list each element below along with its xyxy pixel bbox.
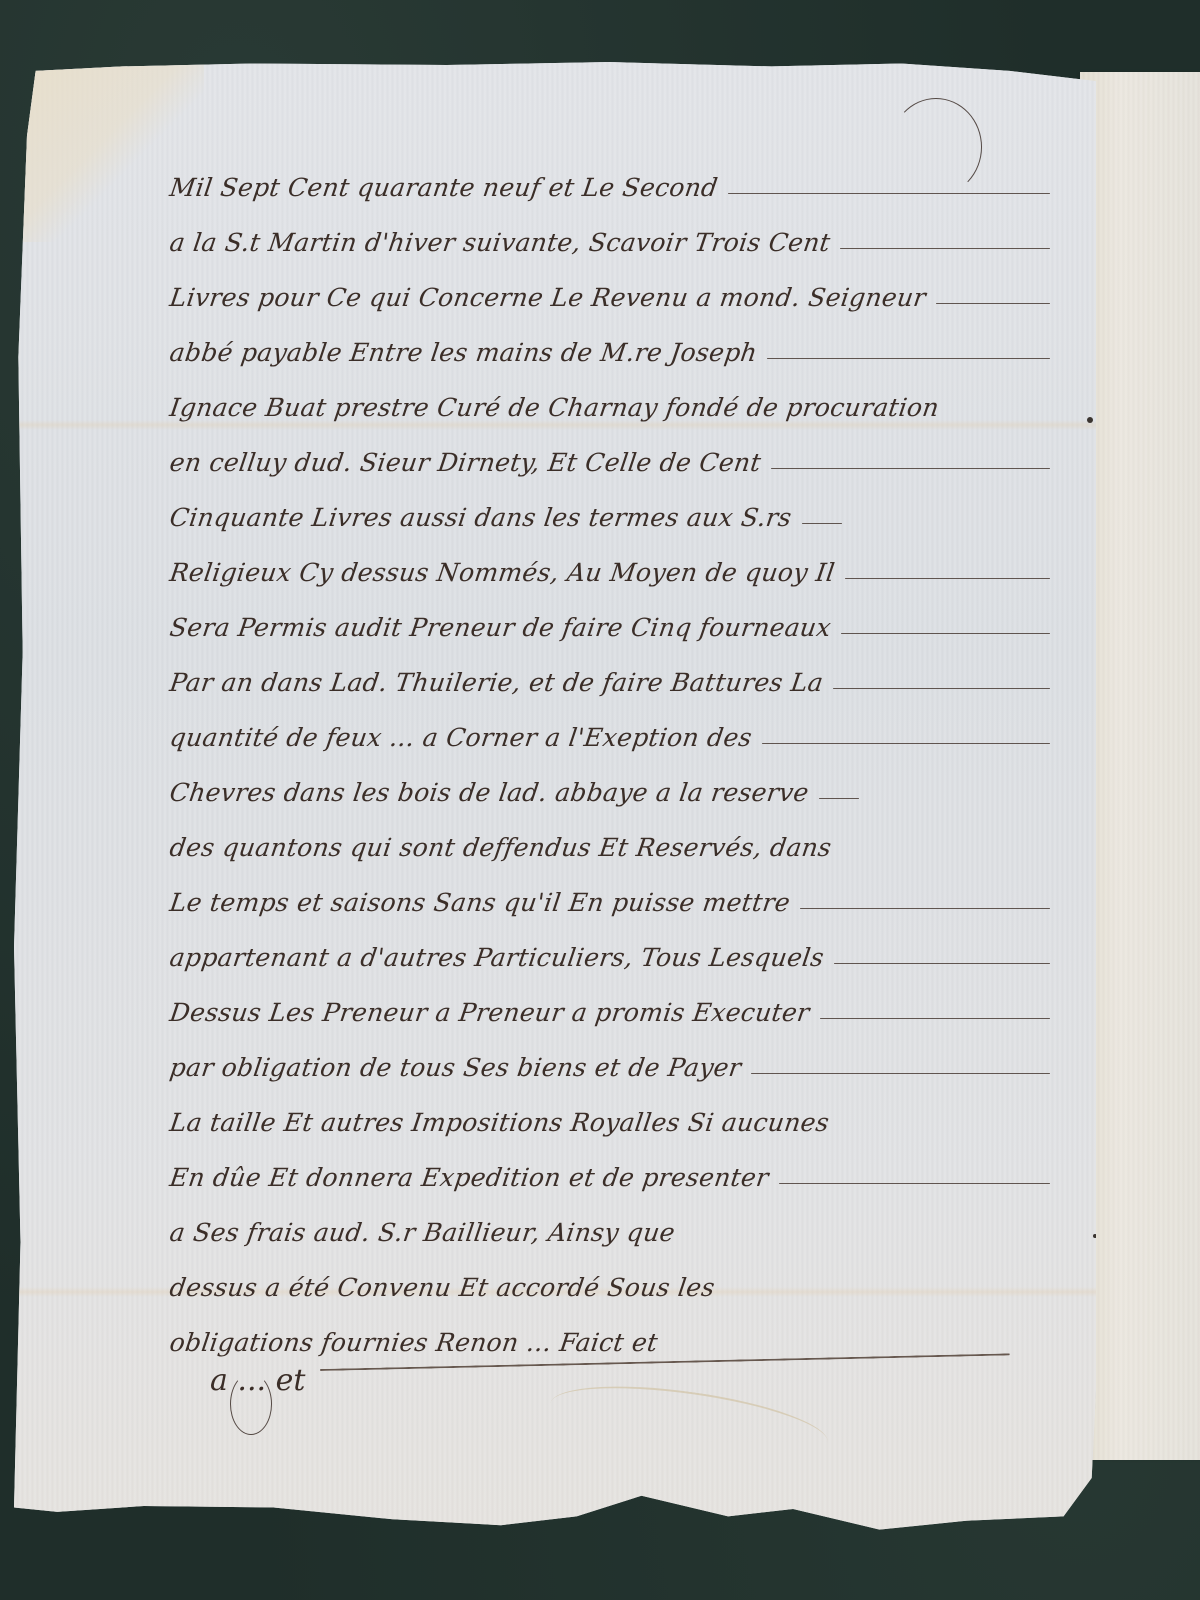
manuscript-line: En dûe Et donnera Expedition et de prese… bbox=[170, 1140, 1050, 1192]
manuscript-line: a la S.t Martin d'hiver suivante, Scavoi… bbox=[170, 205, 1050, 257]
manuscript-line: Mil Sept Cent quarante neuf et Le Second bbox=[170, 150, 1050, 202]
signature-area: a ... et bbox=[170, 1363, 1050, 1443]
ink-spot bbox=[1087, 417, 1093, 423]
manuscript-line: quantité de feux ... a Corner a l'Exepti… bbox=[170, 700, 1050, 752]
manuscript-line: Le temps et saisons Sans qu'il En puisse… bbox=[170, 865, 1050, 917]
manuscript-line: en celluy dud. Sieur Dirnety, Et Celle d… bbox=[170, 425, 1050, 477]
manuscript-line: Par an dans Lad. Thuilerie, et de faire … bbox=[170, 645, 1050, 697]
manuscript-line: Cinquante Livres aussi dans les termes a… bbox=[170, 480, 1050, 532]
handwritten-text: Mil Sept Cent quarante neuf et Le Second… bbox=[170, 150, 1050, 1443]
right-page-leaf bbox=[1080, 72, 1200, 1460]
manuscript-line: a Ses frais aud. S.r Baillieur, Ainsy qu… bbox=[170, 1195, 1050, 1247]
photo-scene: Mil Sept Cent quarante neuf et Le Second… bbox=[0, 0, 1200, 1600]
manuscript-line: Livres pour Ce qui Concerne Le Revenu a … bbox=[170, 260, 1050, 312]
manuscript-line: Dessus Les Preneur a Preneur a promis Ex… bbox=[170, 975, 1050, 1027]
manuscript-line: par obligation de tous Ses biens et de P… bbox=[170, 1030, 1050, 1082]
manuscript-line: Religieux Cy dessus Nommés, Au Moyen de … bbox=[170, 535, 1050, 587]
manuscript-line: Ignace Buat prestre Curé de Charnay fond… bbox=[170, 370, 1050, 422]
manuscript-line: abbé payable Entre les mains de M.re Jos… bbox=[170, 315, 1050, 367]
manuscript-line: Chevres dans les bois de lad. abbaye a l… bbox=[170, 755, 1050, 807]
manuscript-line: dessus a été Convenu Et accordé Sous les bbox=[170, 1250, 1050, 1302]
flourish-mark bbox=[230, 1373, 272, 1435]
manuscript-line: La taille Et autres Impositions Royalles… bbox=[170, 1085, 1050, 1137]
manuscript-line: appartenant a d'autres Particuliers, Tou… bbox=[170, 920, 1050, 972]
manuscript-line: obligations fournies Renon ... Faict et bbox=[170, 1305, 1050, 1357]
manuscript-line: des quantons qui sont deffendus Et Reser… bbox=[170, 810, 1050, 862]
manuscript-line: Sera Permis audit Preneur de faire Cinq … bbox=[170, 590, 1050, 642]
